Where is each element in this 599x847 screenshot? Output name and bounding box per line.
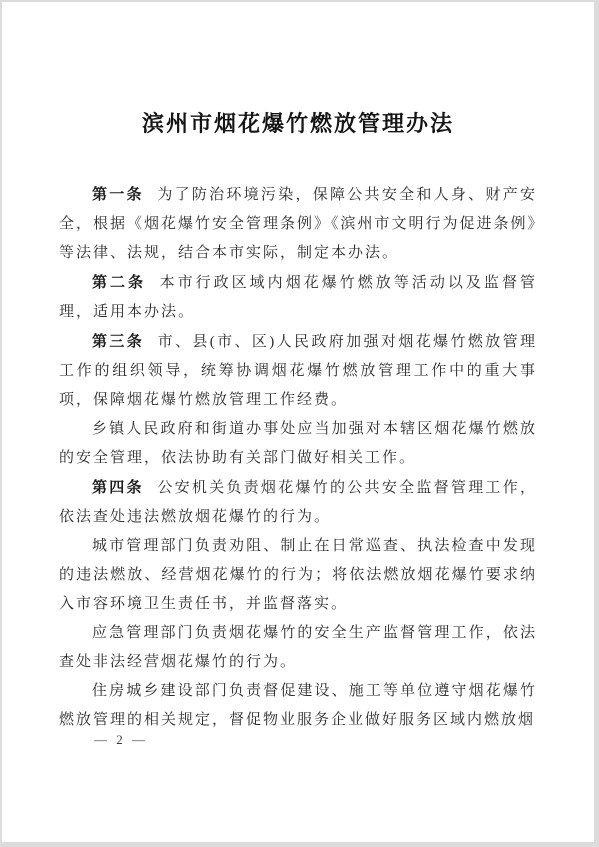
paragraph: 第四条公安机关负责烟花爆竹的公共安全监督管理工作，依法查处违法燃放烟花爆竹的行为… [59, 473, 537, 532]
paragraph-text: 应急管理部门负责烟花爆竹的安全生产监督管理工作，依法查处非法经营烟花爆竹的行为。 [59, 625, 537, 670]
article-number-label: 第二条 [92, 274, 146, 291]
document-title: 滨州市烟花爆竹燃放管理办法 [2, 2, 594, 138]
page-number: — 2 — [94, 732, 148, 748]
scan-background: { "document": { "title": "滨州市烟花爆竹燃放管理办法"… [0, 0, 599, 847]
paragraph-text: 乡镇人民政府和街道办事处应当加强对本辖区烟花爆竹燃放的安全管理，依法协助有关部门… [59, 421, 537, 466]
document-page: 滨州市烟花爆竹燃放管理办法 第一条为了防治环境污染，保障公共安全和人身、财产安全… [2, 2, 594, 842]
paragraph: 城市管理部门负责劝阻、制止在日常巡查、执法检查中发现的违法燃放、经营烟花爆竹的行… [59, 532, 537, 619]
article-number-label: 第四条 [92, 479, 144, 496]
paragraph: 第二条本市行政区域内烟花爆竹燃放等活动以及监督管理，适用本办法。 [59, 268, 537, 327]
paragraph: 住房城乡建设部门负责督促建设、施工等单位遵守烟花爆竹燃放管理的相关规定，督促物业… [59, 677, 537, 735]
document-body: 第一条为了防治环境污染，保障公共安全和人身、财产安全，根据《烟花爆竹安全管理条例… [59, 180, 537, 735]
paragraph: 乡镇人民政府和街道办事处应当加强对本辖区烟花爆竹燃放的安全管理，依法协助有关部门… [59, 415, 537, 473]
article-number-label: 第三条 [92, 333, 144, 350]
paragraph-text: 城市管理部门负责劝阻、制止在日常巡查、执法检查中发现的违法燃放、经营烟花爆竹的行… [59, 538, 537, 612]
paragraph: 第三条市、县(市、区)人民政府加强对烟花爆竹燃放管理工作的组织领导，统筹协调烟花… [59, 327, 537, 415]
paragraph-text: 住房城乡建设部门负责督促建设、施工等单位遵守烟花爆竹燃放管理的相关规定，督促物业… [59, 683, 537, 728]
article-number-label: 第一条 [92, 186, 144, 203]
paragraph: 应急管理部门负责烟花爆竹的安全生产监督管理工作，依法查处非法经营烟花爆竹的行为。 [59, 619, 537, 677]
paragraph: 第一条为了防治环境污染，保障公共安全和人身、财产安全，根据《烟花爆竹安全管理条例… [59, 180, 537, 268]
